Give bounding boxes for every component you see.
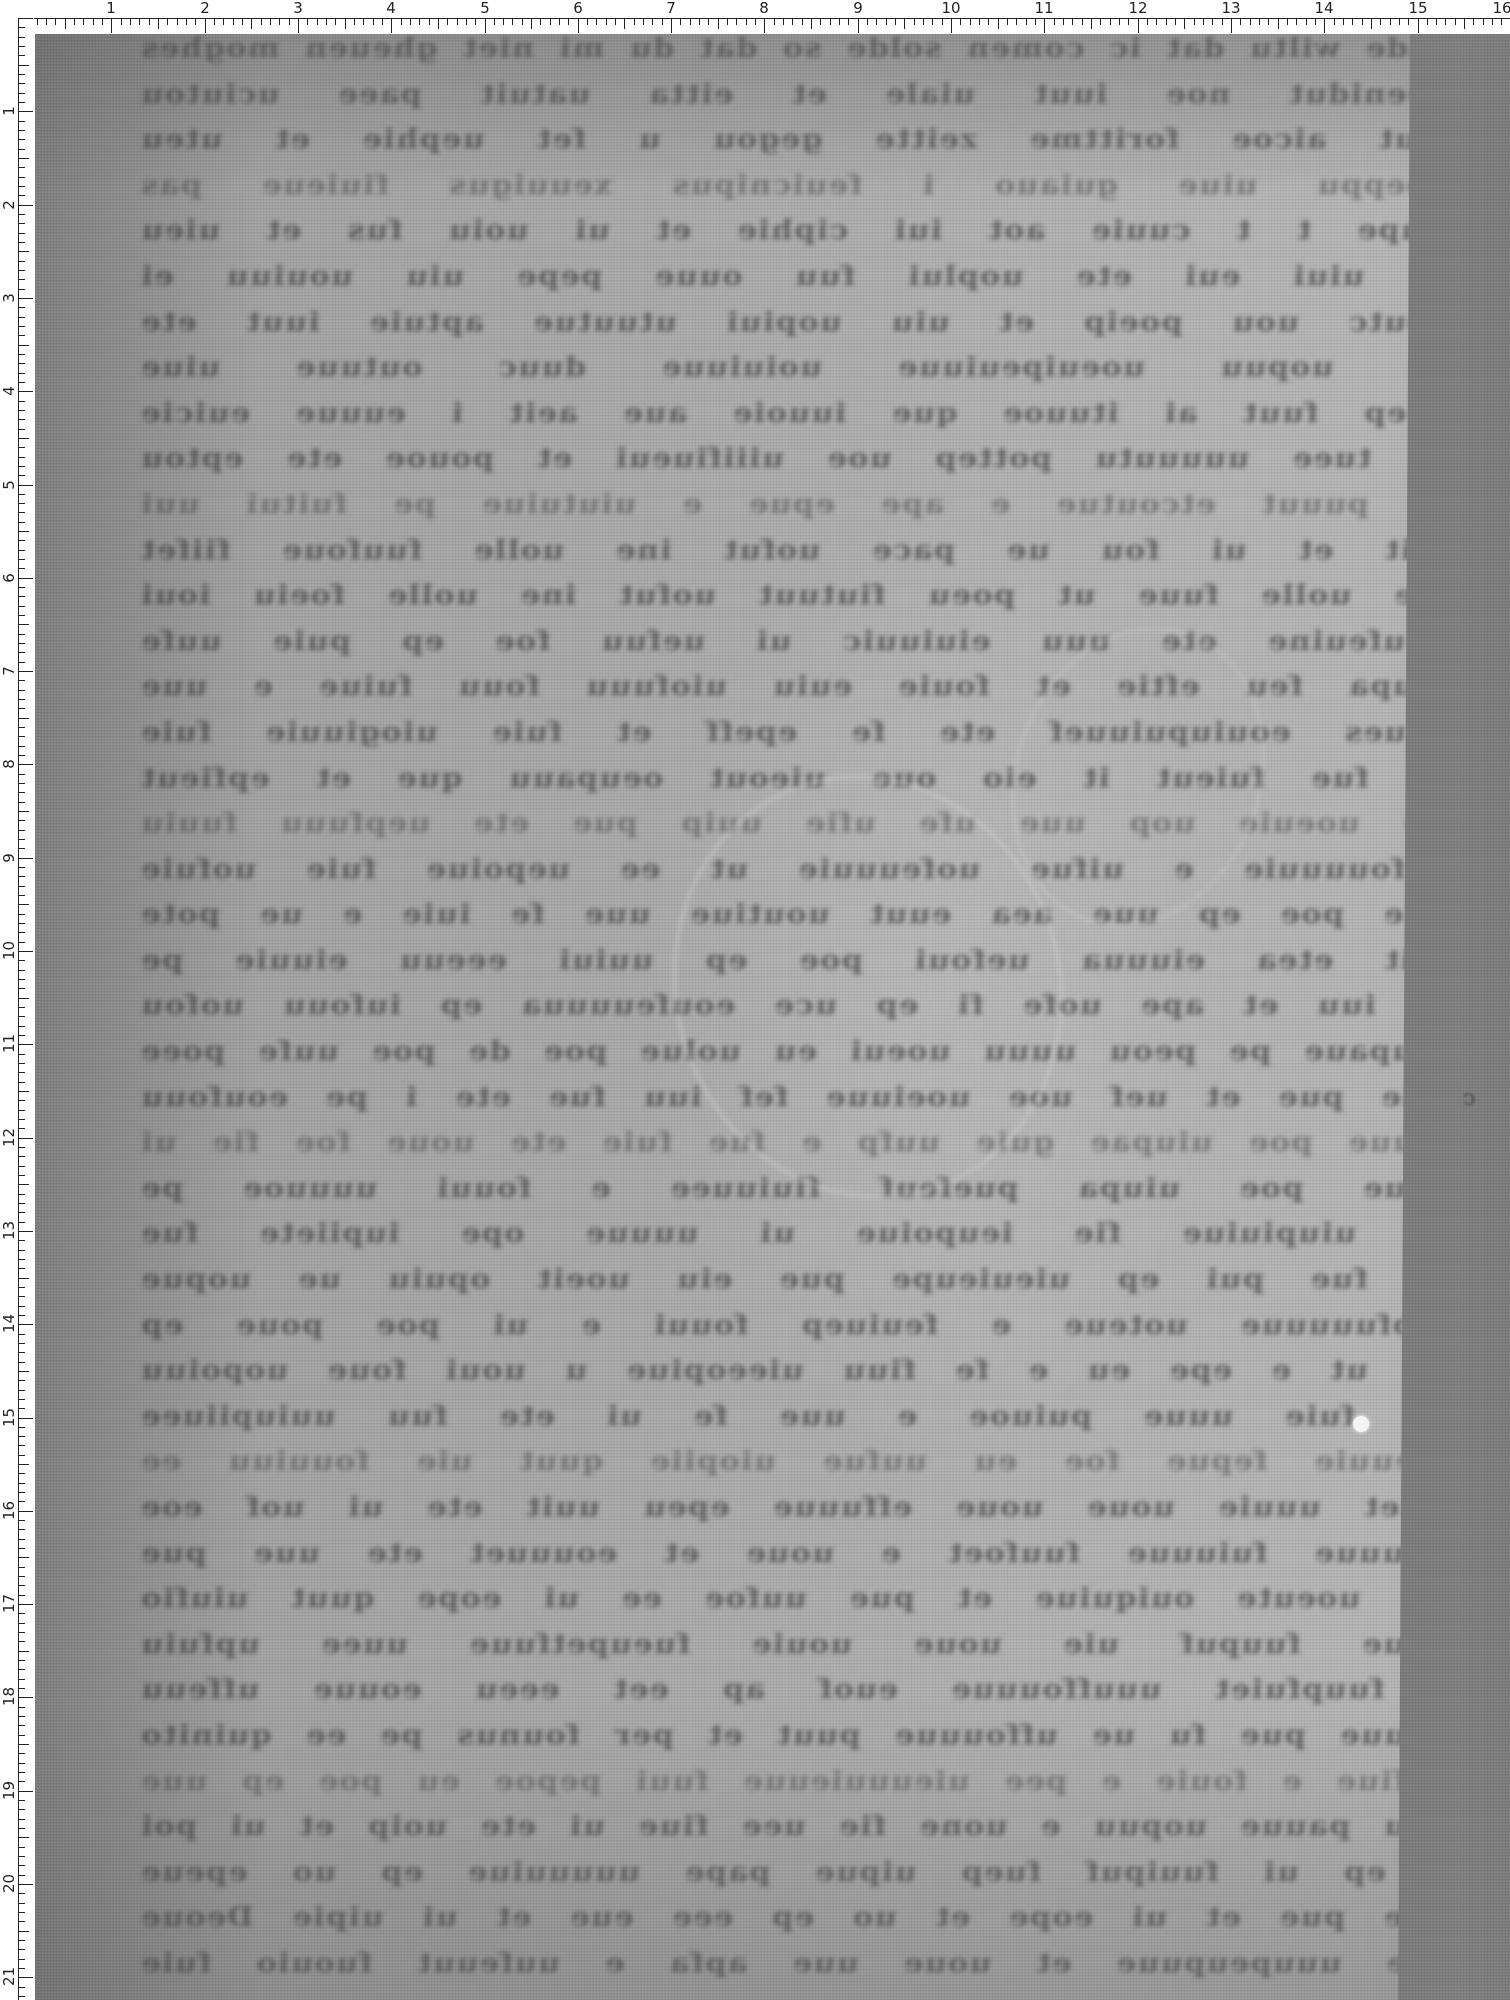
ruler-tick [251,19,252,29]
ruler-tick [167,19,168,25]
ruler-tick [279,19,280,25]
ruler-tick [233,19,234,25]
ruler-left-label: 15 [1,1409,17,1427]
ruler-tick [19,1987,25,1988]
ruler-tick [1315,19,1316,25]
ruler-tick [19,1660,25,1661]
ruler-tick [19,886,25,887]
ruler-tick [19,1278,29,1279]
ruler-tick [19,1128,25,1129]
ruler-tick [19,932,25,933]
ruler-tick [19,606,25,607]
ruler-tick [19,1856,25,1857]
ruler-tick [587,19,588,25]
ruler-tick [1464,19,1465,29]
ruler-top-label: 1 [106,0,116,16]
ruler-tick [1371,19,1372,29]
ruler-tick [19,1119,25,1120]
ruler-tick [19,708,25,709]
ruler-tick [1473,19,1474,25]
ruler-tick [531,19,532,29]
ruler-tick [559,19,560,25]
ruler-tick [19,1865,25,1866]
ruler-tick [1091,19,1092,29]
ruler-tick [1418,19,1419,33]
ruler-tick [177,19,178,25]
ruler-tick [19,1315,25,1316]
ruler-tick [363,19,364,25]
ruler-tick [19,1688,25,1689]
ruler-tick [19,466,25,467]
ruler-tick [410,19,411,25]
ruler-tick [19,1147,25,1148]
ruler-tick [19,1875,25,1876]
ruler-tick [19,1595,25,1596]
ruler-tick [19,1809,25,1810]
ruler-tick [19,1455,25,1456]
ruler-tick [848,19,849,25]
ruler-tick [830,19,831,25]
ruler-tick [19,1996,25,1997]
ruler-tick [19,568,25,569]
ruler-tick [19,848,25,849]
ruler-tick [19,139,25,140]
ruler-tick [19,839,25,840]
ruler-tick [19,111,33,112]
ruler-tick [19,1054,25,1055]
ruler-tick [19,1324,33,1325]
ruler-tick [1035,19,1036,25]
ruler-tick [708,19,709,25]
ruler-tick [19,643,25,644]
ruler-left-label: 4 [1,382,17,400]
ruler-tick [671,19,672,33]
ruler-tick [792,19,793,25]
ruler-tick [19,1296,25,1297]
ruler-tick [19,1632,25,1633]
ruler-tick [1390,19,1391,25]
ruler-tick [111,19,112,33]
ruler-tick [242,19,243,25]
ruler-tick [970,19,971,25]
ruler-tick [867,19,868,25]
ruler-left-baseline [18,18,19,2000]
ruler-tick [652,19,653,25]
ruler-tick [914,19,915,25]
ruler-tick [19,1044,33,1045]
ruler-tick [19,587,25,588]
ruler-tick [19,1082,25,1083]
ruler-tick [345,19,346,29]
ruler-tick [1166,19,1167,25]
ruler-tick [19,1100,25,1101]
ruler-left-label: 5 [1,476,17,494]
ruler-tick [19,1539,25,1540]
ruler-tick [19,970,25,971]
ruler-tick [19,634,25,635]
ruler-tick [19,1408,25,1409]
ruler-tick [19,447,25,448]
margin-mark: ↄ [1463,1086,1475,1111]
ruler-top-label: 6 [573,0,583,16]
ruler-tick [19,279,25,280]
ruler-tick [19,578,33,579]
ruler-tick [139,19,140,25]
ruler-left-label: 16 [1,1502,17,1520]
ruler-tick [19,1585,25,1586]
ruler-tick [1408,19,1409,25]
ruler-tick [19,615,25,616]
ruler-tick [19,755,25,756]
ruler-tick [19,820,25,821]
ruler-tick [19,876,25,877]
ruler-tick [19,298,33,299]
ruler-top: 012345678910111213141516 [0,0,1510,34]
ruler-tick [19,1231,33,1232]
ruler-tick [19,1371,29,1372]
ruler-tick [1016,19,1017,25]
ruler-tick [158,19,159,29]
ruler-tick [19,1781,25,1782]
ruler-tick [19,662,25,663]
ruler-tick [19,149,25,150]
ruler-tick [298,19,299,33]
ruler-tick [391,19,392,33]
ruler-tick [19,1390,25,1391]
ruler-tick [19,1520,25,1521]
ruler-tick [19,1175,25,1176]
ruler-tick [19,1903,25,1904]
ruler-tick [19,774,25,775]
ruler-tick [19,65,29,66]
ruler-tick [19,727,25,728]
ruler-tick [19,1697,33,1698]
ruler-tick [662,19,663,25]
ruler-tick [289,19,290,25]
ruler-tick [19,1735,25,1736]
ruler-tick [19,475,25,476]
ruler-tick [457,19,458,25]
ruler-tick [19,1483,25,1484]
ruler-tick [550,19,551,25]
ruler-tick [19,18,33,19]
ruler-tick [1231,19,1232,33]
ruler-tick [19,550,25,551]
ruler-tick [19,802,25,803]
ruler-tick [19,1511,33,1512]
ruler-tick [1026,19,1027,25]
ruler-tick [65,19,66,29]
ruler-tick [317,19,318,25]
ruler-tick [1380,19,1381,25]
ruler-tick [1296,19,1297,25]
ruler-tick [19,1110,25,1111]
ruler-tick [19,1557,29,1558]
ruler-tick [19,1893,25,1894]
ruler-tick [746,19,747,25]
ruler-tick [774,19,775,25]
ruler-tick [19,718,29,719]
ruler-tick [19,699,25,700]
ruler-tick [19,764,33,765]
ruler-tick [820,19,821,25]
ruler-top-label: 11 [1034,0,1053,16]
ruler-tick [19,251,29,252]
ruler-tick [19,895,25,896]
ruler-tick [19,1725,25,1726]
ruler-tick [55,19,56,25]
ruler-tick [19,867,25,868]
ruler-tick [1492,19,1493,25]
ruler-tick [615,19,616,25]
ruler-tick [1138,19,1139,33]
ruler-tick [19,457,25,458]
ruler-tick [19,307,25,308]
ruler-tick [335,19,336,25]
ruler-tick [19,503,25,504]
ruler-tick [19,522,25,523]
ruler-tick [19,1772,25,1773]
ruler-left-label: 13 [1,1222,17,1240]
ruler-tick [19,1613,25,1614]
ruler-tick [19,391,33,392]
ruler-tick [19,1800,25,1801]
ruler-left: 123456789101112131415161718192021 [0,0,34,2000]
ruler-tick [19,1212,25,1213]
ruler-tick [19,1380,25,1381]
ruler-tick [904,19,905,29]
ruler-tick [1306,19,1307,25]
ruler-left-label: 17 [1,1595,17,1613]
ruler-top-label: 10 [941,0,960,16]
ruler-left-label: 21 [1,1968,17,1986]
ruler-tick [19,345,29,346]
ruler-tick [988,19,989,25]
ruler-tick [19,1847,25,1848]
ruler-tick [1100,19,1101,25]
ruler-tick [736,19,737,25]
ruler-tick [19,792,25,793]
ruler-tick [783,19,784,25]
ruler-tick [19,1623,25,1624]
ruler-tick [979,19,980,25]
ruler-tick [19,37,25,38]
ruler-tick [354,19,355,25]
ruler-left-label: 6 [1,569,17,587]
ruler-tick [19,438,29,439]
ruler-tick [802,19,803,25]
ruler-tick [19,1184,29,1185]
ruler-tick [382,19,383,25]
ruler-tick [19,205,33,206]
ruler-tick [1483,19,1484,25]
ruler-tick [1343,19,1344,25]
ruler-tick [223,19,224,25]
ruler-tick [19,1240,25,1241]
ruler-tick [19,1343,25,1344]
ruler-tick [205,19,206,33]
ruler-tick [19,736,25,737]
ruler-tick [326,19,327,25]
ruler-tick [1119,19,1120,25]
ruler-tick [19,167,25,168]
ruler-tick [19,354,25,355]
ruler-tick [19,1007,25,1008]
ruler-tick [19,233,25,234]
ruler-tick [19,429,25,430]
ruler-tick [447,19,448,25]
ruler-tick [19,951,33,952]
ruler-tick [1082,19,1083,25]
ruler-tick [19,102,25,103]
ruler-left-label: 12 [1,1129,17,1147]
ruler-top-label: 8 [759,0,769,16]
ruler-tick [19,1679,25,1680]
ruler-tick [19,559,25,560]
ruler-tick [19,1473,25,1474]
ruler-tick [1110,19,1111,25]
ruler-tick [19,1763,25,1764]
ruler-tick [19,690,25,691]
ruler-tick [699,19,700,25]
ruler-tick [1455,19,1456,25]
ruler-tick [1445,19,1446,25]
ruler-tick [19,746,25,747]
light-reflection [1353,1416,1369,1432]
ruler-tick [19,914,25,915]
ruler-tick [19,596,25,597]
ruler-tick [19,1567,25,1568]
ruler-tick [466,19,467,25]
ruler-tick [494,19,495,25]
ruler-tick [19,1287,25,1288]
ruler-tick [19,289,25,290]
ruler-top-label: 15 [1408,0,1427,16]
ruler-tick [839,19,840,25]
ruler-tick [19,1026,25,1027]
ruler-tick [19,1977,33,1978]
ruler-tick [19,1194,25,1195]
ruler-tick [19,270,25,271]
ruler-tick [19,1334,25,1335]
ruler-tick [19,214,25,215]
ruler-tick [19,512,25,513]
ruler-tick [475,19,476,25]
ruler-tick [19,1576,25,1577]
ruler-tick [19,1362,25,1363]
ruler-tick [19,1529,25,1530]
ruler-tick [932,19,933,25]
ruler-left-label: 8 [1,755,17,773]
ruler-tick [19,1604,33,1605]
ruler-tick [19,1828,25,1829]
ruler-tick [19,1949,25,1950]
ruler-tick [19,960,25,961]
ruler-tick [578,19,579,33]
ruler-tick [149,19,150,25]
ruler-tick [401,19,402,25]
ruler-tick [19,317,25,318]
ruler-tick [876,19,877,25]
ruler-tick [19,998,29,999]
ruler-tick [19,1072,25,1073]
ruler-top-label: 9 [853,0,863,16]
ruler-tick [1278,19,1279,29]
ruler-tick [19,74,25,75]
ruler-tick [19,1968,25,1969]
ruler-top-label: 7 [666,0,676,16]
ruler-tick [307,19,308,25]
ruler-tick [755,19,756,25]
ruler-tick [1334,19,1335,25]
ruler-tick [19,93,25,94]
ruler-tick [19,1492,25,1493]
ruler-tick [19,1959,25,1960]
ruler-tick [19,1669,25,1670]
ruler-top-label: 14 [1314,0,1333,16]
ruler-tick [19,326,25,327]
ruler-tick [46,19,47,25]
ruler-tick [1259,19,1260,25]
ruler-tick [438,19,439,29]
ruler-tick [19,1884,33,1885]
ruler-tick [19,624,29,625]
ruler-tick [960,19,961,25]
ruler-top-label: 13 [1221,0,1240,16]
ruler-tick [19,979,25,980]
ruler-left-label: 3 [1,289,17,307]
ruler-tick [19,1464,29,1465]
ruler-tick [19,1399,25,1400]
ruler-tick [19,671,33,672]
ruler-tick [624,19,625,29]
ruler-tick [19,1707,25,1708]
ruler-tick [895,19,896,25]
ruler-left-label: 19 [1,1782,17,1800]
ruler-tick [522,19,523,25]
ruler-tick [1240,19,1241,25]
ruler-tick [19,1063,25,1064]
ruler-tick [373,19,374,25]
ruler-tick [19,1445,25,1446]
ruler-left-label: 18 [1,1688,17,1706]
ruler-tick [261,19,262,25]
ruler-tick [540,19,541,25]
ruler-tick [19,858,33,859]
ruler-left-label: 1 [1,102,17,120]
ruler-tick [19,1035,25,1036]
ruler-tick [19,410,25,411]
ruler-tick [19,1091,29,1092]
ruler-tick [718,19,719,29]
ruler-left-label: 7 [1,662,17,680]
ruler-tick [512,19,513,25]
ruler-tick [19,1352,25,1353]
ruler-tick [1044,19,1045,33]
ruler-tick [19,811,29,812]
ruler-tick [429,19,430,25]
manuscript-scan: vnde wiltu dat ic comen solde so dat du … [35,34,1510,2000]
ruler-tick [19,1791,33,1792]
ruler-tick [19,783,25,784]
ruler-tick [19,1250,25,1251]
ruler-tick [195,19,196,25]
ruler-tick [419,19,420,25]
ruler-tick [19,223,25,224]
ruler-tick [19,1138,33,1139]
ruler-tick [680,19,681,25]
ruler-tick [19,1921,25,1922]
